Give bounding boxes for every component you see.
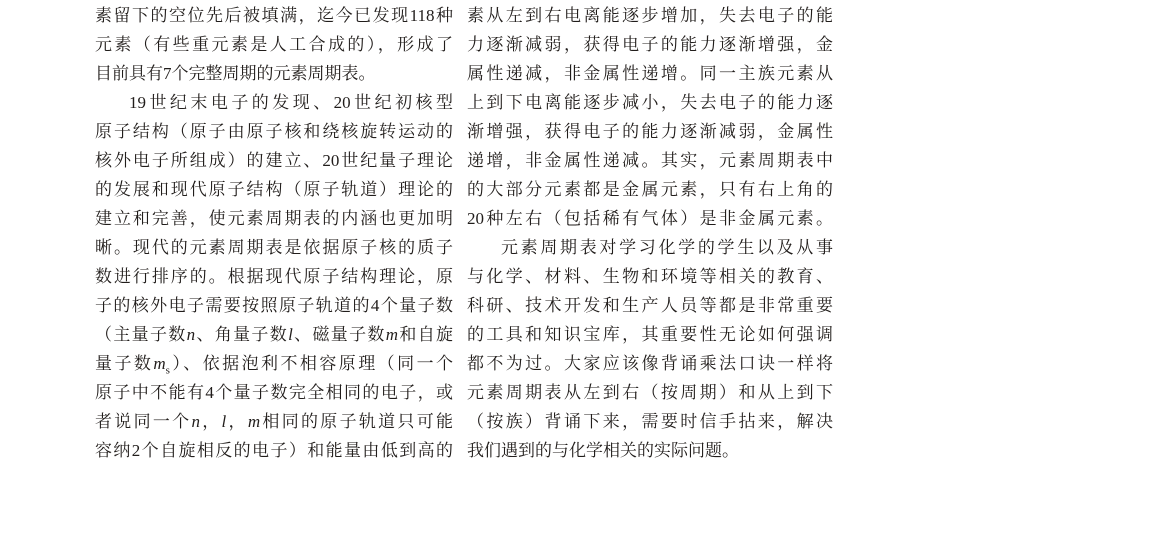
text-column-left: 素留下的空位先后被填满，迄今已发现118种元素（有些重元素是人工合成的），形成了… [95, 1, 453, 465]
text-segment: 容纳2个自旋相反的电子）和能量由低到高的 [95, 441, 453, 460]
text-segment: ， [226, 412, 248, 431]
text-segment: 上到下电离能逐步减小，失去电子的能力逐 [467, 93, 833, 112]
text-line: 核外电子所组成）的建立、20世纪量子理论 [95, 146, 453, 175]
text-segment: 和自旋 [398, 325, 453, 344]
text-line: 原子中不能有4个量子数完全相同的电子，或 [95, 378, 453, 407]
text-line: （主量子数n、角量子数l、磁量子数m和自旋 [95, 320, 453, 349]
text-segment: 属性递减，非金属性递增。同一主族元素从 [467, 64, 833, 83]
text-line: 子的核外电子需要按照原子轨道的4个量子数 [95, 291, 453, 320]
text-line: 上到下电离能逐步减小，失去电子的能力逐 [467, 88, 833, 117]
text-segment: 科研、技术开发和生产人员等都是非常重要 [467, 296, 833, 315]
text-segment: 我们遇到的与化学相关的实际问题。 [467, 441, 739, 460]
text-line: 素留下的空位先后被填满，迄今已发现118种 [95, 1, 453, 30]
text-line: 的大部分元素都是金属元素，只有右上角的 [467, 175, 833, 204]
text-line: 者说同一个n，l，m相同的原子轨道只可能 [95, 407, 453, 436]
text-segment: 的工具和知识宝库，其重要性无论如何强调 [467, 325, 833, 344]
text-segment: 素从左到右电离能逐步增加，失去电子的能 [467, 6, 833, 25]
text-segment: 素留下的空位先后被填满，迄今已发现118种 [95, 6, 453, 25]
text-segment: 、角量子数 [195, 325, 288, 344]
text-line: 数进行排序的。根据现代原子结构理论，原 [95, 262, 453, 291]
text-line: 的工具和知识宝库，其重要性无论如何强调 [467, 320, 833, 349]
text-segment: 核外电子所组成）的建立、20世纪量子理论 [95, 151, 453, 170]
text-segment: （按族）背诵下来，需要时信手拈来，解决 [467, 412, 833, 431]
variable-symbol: m [153, 354, 165, 373]
text-line: 力逐渐减弱，获得电子的能力逐渐增强，金 [467, 30, 833, 59]
text-segment: 量子数 [95, 354, 153, 373]
text-segment: （主量子数 [95, 325, 187, 344]
variable-symbol: m [386, 325, 398, 344]
text-segment: 原子中不能有4个量子数完全相同的电子，或 [95, 383, 453, 402]
variable-symbol: n [191, 412, 200, 431]
text-line: 属性递减，非金属性递增。同一主族元素从 [467, 59, 833, 88]
text-segment: 原子结构（原子由原子核和绕核旋转运动的 [95, 122, 453, 141]
text-line: 晰。现代的元素周期表是依据原子核的质子 [95, 233, 453, 262]
text-line: （按族）背诵下来，需要时信手拈来，解决 [467, 407, 833, 436]
document-page: 素留下的空位先后被填满，迄今已发现118种元素（有些重元素是人工合成的），形成了… [0, 0, 1160, 560]
text-segment: 与化学、材料、生物和环境等相关的教育、 [467, 267, 833, 286]
text-line: 元素（有些重元素是人工合成的），形成了 [95, 30, 453, 59]
text-line: 递增，非金属性递减。其实，元素周期表中 [467, 146, 833, 175]
text-line: 素从左到右电离能逐步增加，失去电子的能 [467, 1, 833, 30]
text-line: 容纳2个自旋相反的电子）和能量由低到高的 [95, 436, 453, 465]
text-segment: 子的核外电子需要按照原子轨道的4个量子数 [95, 296, 453, 315]
text-segment: 都不为过。大家应该像背诵乘法口诀一样将 [467, 354, 833, 373]
text-segment: 20种左右（包括稀有气体）是非金属元素。 [467, 209, 833, 228]
text-segment: 的大部分元素都是金属元素，只有右上角的 [467, 180, 833, 199]
text-segment: ）、依据泡利不相容原理（同一个 [170, 354, 453, 373]
text-segment: ， [200, 412, 222, 431]
text-segment: 晰。现代的元素周期表是依据原子核的质子 [95, 238, 453, 257]
text-segment: 力逐渐减弱，获得电子的能力逐渐增强，金 [467, 35, 833, 54]
text-line: 都不为过。大家应该像背诵乘法口诀一样将 [467, 349, 833, 378]
text-line: 与化学、材料、生物和环境等相关的教育、 [467, 262, 833, 291]
text-segment: 元素周期表对学习化学的学生以及从事 [501, 238, 833, 257]
text-segment: 元素（有些重元素是人工合成的），形成了 [95, 35, 453, 54]
text-segment: 相同的原子轨道只可能 [260, 412, 453, 431]
text-segment: 、磁量子数 [293, 325, 386, 344]
text-segment: 者说同一个 [95, 412, 191, 431]
text-line: 20种左右（包括稀有气体）是非金属元素。 [467, 204, 833, 233]
text-line: 元素周期表对学习化学的学生以及从事 [467, 233, 833, 262]
variable-symbol: n [187, 325, 196, 344]
text-line: 建立和完善，使元素周期表的内涵也更加明 [95, 204, 453, 233]
text-segment: 数进行排序的。根据现代原子结构理论，原 [95, 267, 453, 286]
text-line: 科研、技术开发和生产人员等都是非常重要 [467, 291, 833, 320]
text-segment: 的发展和现代原子结构（原子轨道）理论的 [95, 180, 453, 199]
text-line: 原子结构（原子由原子核和绕核旋转运动的 [95, 117, 453, 146]
text-line: 目前具有7个完整周期的元素周期表。 [95, 59, 453, 88]
text-line: 渐增强，获得电子的能力逐渐减弱，金属性 [467, 117, 833, 146]
variable-symbol: m [248, 412, 260, 431]
text-segment: 递增，非金属性递减。其实，元素周期表中 [467, 151, 833, 170]
text-line: 元素周期表从左到右（按周期）和从上到下 [467, 378, 833, 407]
text-line: 量子数ms）、依据泡利不相容原理（同一个 [95, 349, 453, 378]
text-line: 我们遇到的与化学相关的实际问题。 [467, 436, 833, 465]
text-segment: 目前具有7个完整周期的元素周期表。 [95, 64, 376, 83]
text-segment: 建立和完善，使元素周期表的内涵也更加明 [95, 209, 453, 228]
text-column-right: 素从左到右电离能逐步增加，失去电子的能力逐渐减弱，获得电子的能力逐渐增强，金属性… [467, 1, 833, 465]
text-line: 19世纪末电子的发现、20世纪初核型 [95, 88, 453, 117]
text-segment: 渐增强，获得电子的能力逐渐减弱，金属性 [467, 122, 833, 141]
text-segment: 19世纪末电子的发现、20世纪初核型 [129, 93, 453, 112]
text-line: 的发展和现代原子结构（原子轨道）理论的 [95, 175, 453, 204]
text-segment: 元素周期表从左到右（按周期）和从上到下 [467, 383, 833, 402]
